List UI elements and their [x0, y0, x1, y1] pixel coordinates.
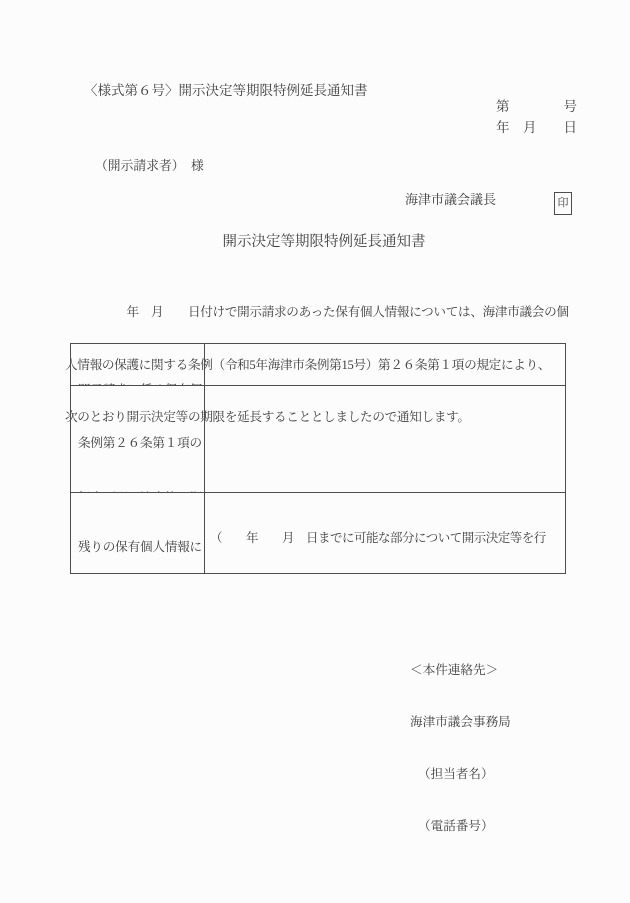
document-title: 開示決定等期限特例延長通知書 — [65, 233, 565, 251]
body-line: 年 月 日付けで開示請求のあった保有個人情報については、海津市議会の個 — [65, 302, 585, 323]
contact-header: ＜本件連絡先＞ — [410, 660, 511, 681]
table-value-requested-info-name — [205, 344, 565, 386]
table-value-reason-for-extension — [205, 386, 565, 493]
contact-person-line: （担当者名） — [410, 764, 511, 785]
table-label-deadline-remaining-info: 残りの保有個人情報に ついて開示決定等をす る期限 — [71, 493, 205, 573]
table-value-deadline-remaining-info: （ 年 月 日までに可能な部分について開示決定等を行 い、残りの部分については、… — [205, 493, 565, 573]
contact-block: ＜本件連絡先＞ 海津市議会事務局 （担当者名） （電話番号） — [410, 629, 511, 868]
document-page: 〈様式第６号〉開示決定等期限特例延長通知書 第 号 年 月 日 （開示請求者） … — [0, 0, 630, 903]
document-number-line: 第 号 — [496, 99, 577, 116]
contact-office-line: 海津市議会事務局 — [410, 712, 511, 733]
seal-box: 印 — [554, 192, 572, 215]
table-label-line: 条例第２６条第１項の — [78, 432, 204, 455]
table-label-reason-for-extension: 条例第２６条第１項の 規定（開示決定等の期 限の特例）を適用する 理由 — [71, 386, 205, 493]
table-label-requested-info-name: 開示請求に係る保有個 人情報の名称等 — [71, 344, 205, 386]
addressee-line: （開示請求者） 様 — [95, 159, 204, 175]
table-value-line: （ 年 月 日までに可能な部分について開示決定等を行 — [210, 528, 565, 548]
sender-title: 海津市議会議長 — [405, 192, 496, 208]
table-label-line: 残りの保有個人情報に — [78, 537, 204, 557]
form-table: 開示請求に係る保有個 人情報の名称等 条例第２６条第１項の 規定（開示決定等の期… — [70, 343, 566, 574]
issue-date-line: 年 月 日 — [496, 120, 577, 137]
form-style-label: 〈様式第６号〉開示決定等期限特例延長通知書 — [84, 83, 368, 100]
contact-phone-line: （電話番号） — [410, 816, 511, 837]
seal-character: 印 — [558, 197, 569, 211]
